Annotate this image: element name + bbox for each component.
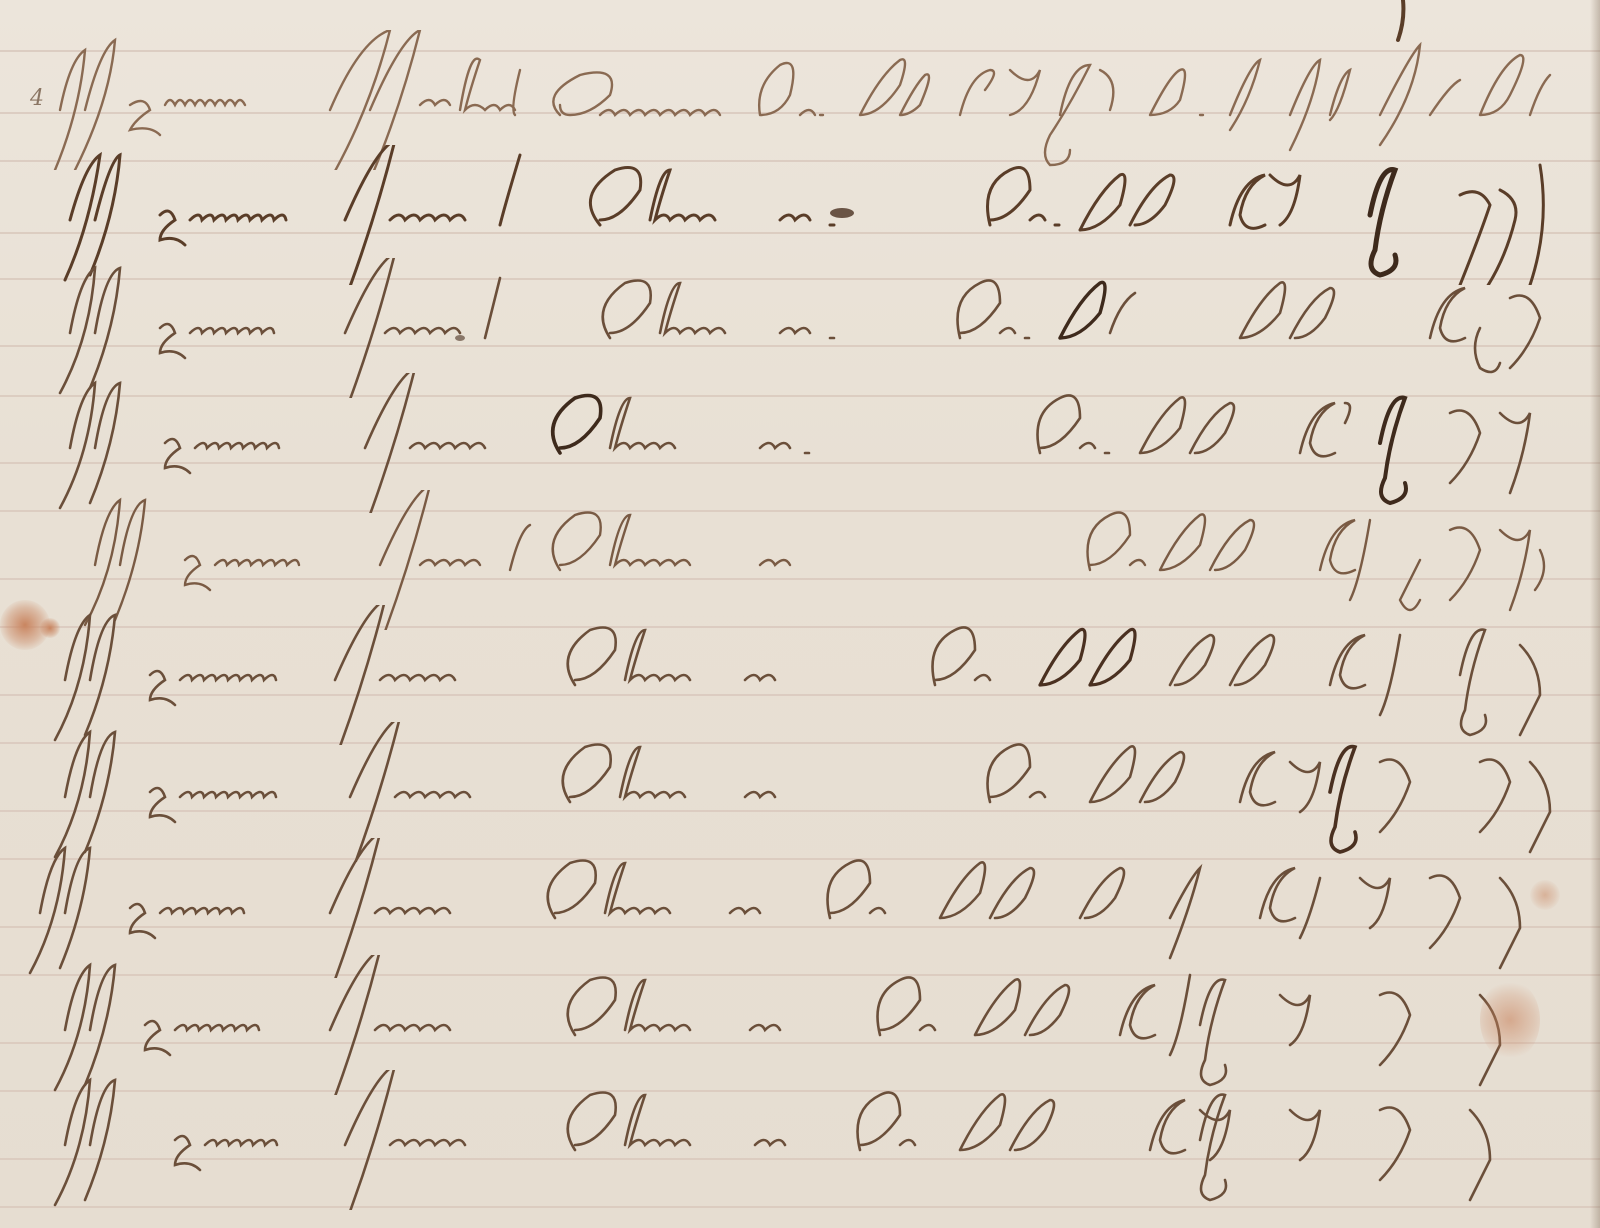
handwriting-line: Ich zerreisse kein Kleider. Dr. B. L. C.…	[0, 955, 1600, 1075]
script-practice-page: 4 Ich zerreisse kein Kleider. Dr. B. L. …	[0, 0, 1600, 1228]
handwriting-line: Ich zerreisse kein Kleider. Dr. B. L. C.…	[0, 30, 1600, 150]
handwriting-line: Ich zerreisse kein Kleider. Dr. B. L. C.…	[0, 1070, 1600, 1190]
ink-stain	[1530, 880, 1560, 910]
handwriting-line: Ich zerreisse kein Kleider. Dr. B. B. L.…	[0, 605, 1600, 725]
handwriting-line: Ich zerreisse kein Kleider. Dr. B. L. A.…	[0, 838, 1600, 958]
ink-stain	[1480, 980, 1540, 1060]
ink-blot	[455, 335, 465, 341]
handwriting-line: Ich zerreisse kein Kleider. Dr. B. L. C.…	[0, 145, 1600, 265]
ink-stain	[40, 618, 60, 638]
page-edge-shadow	[1590, 0, 1600, 1228]
handwriting-line: Ich zerreisse kein Kleider. Dr. B. L. C.…	[0, 722, 1600, 842]
handwriting-line: Ich zerreisse kein Kleider. Dr. A. L. B.…	[0, 258, 1600, 378]
handwriting-line: Ich zerreisse kein Kleider. Dr. B. L. C.…	[0, 373, 1600, 493]
handwriting-line: Ich zerreisse kein Kleider. Dr. B. L. C.…	[0, 490, 1600, 610]
ink-blot	[830, 208, 854, 218]
ink-stroke	[1385, 0, 1415, 60]
